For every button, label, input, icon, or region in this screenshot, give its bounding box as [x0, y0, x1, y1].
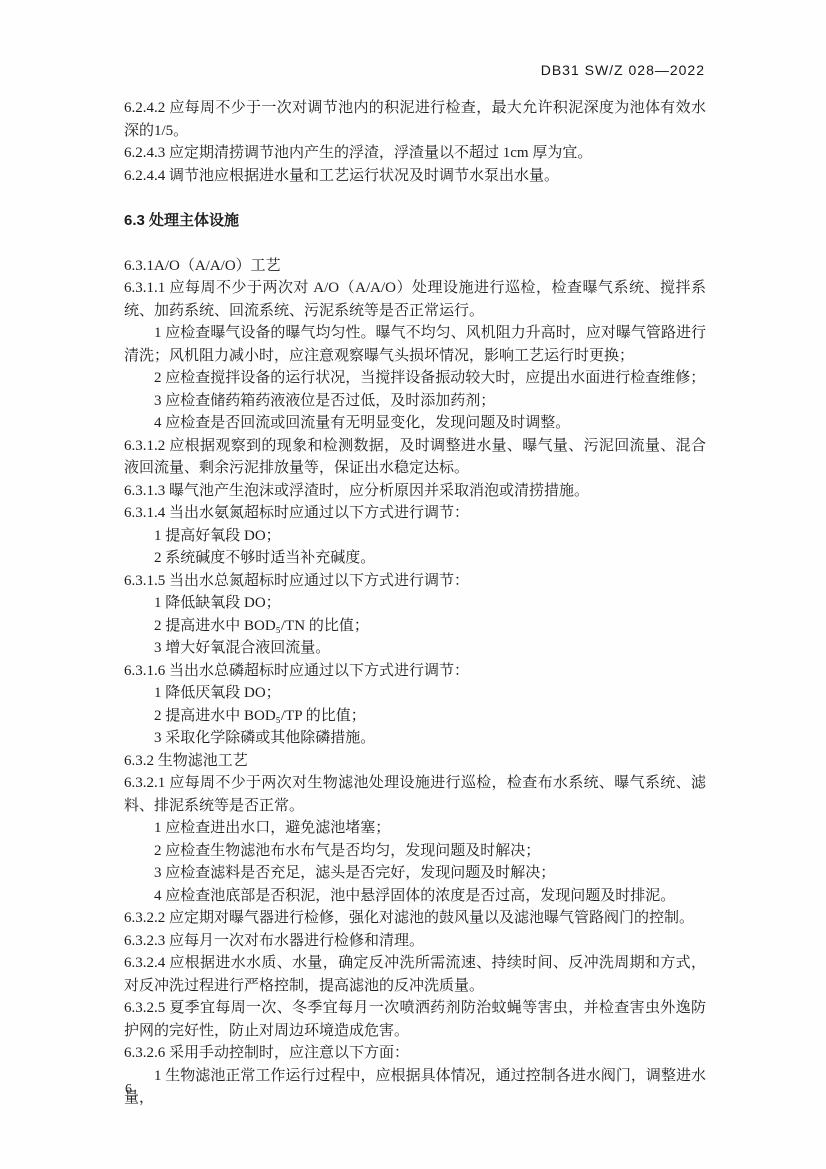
- list-item-paragraph: 1 降低厌氧段 DO；: [124, 682, 706, 705]
- clause-paragraph: 6.3.2.3 应每月一次对布水器进行检修和清理。: [124, 930, 706, 953]
- list-item-paragraph: 1 提高好氧段 DO；: [124, 525, 706, 548]
- list-item-paragraph: 3 应检查滤料是否充足，滤头是否完好，发现问题及时解决；: [124, 862, 706, 885]
- clause-paragraph: 6.2.4.2 应每周不少于一次对调节池内的积泥进行检查，最大允许积泥深度为池体…: [124, 97, 706, 142]
- list-item-paragraph: 3 应检查储药箱药液液位是否过低，及时添加药剂；: [124, 390, 706, 413]
- section-heading: 6.3 处理主体设施: [124, 210, 706, 233]
- list-item-paragraph: 1 应检查进出水口，避免滤池堵塞；: [124, 817, 706, 840]
- list-item-paragraph: 1 降低缺氧段 DO；: [124, 592, 706, 615]
- list-item-paragraph: 2 提高进水中 BOD₅/TN 的比值；: [124, 615, 706, 638]
- document-body: 6.2.4.2 应每周不少于一次对调节池内的积泥进行检查，最大允许积泥深度为池体…: [124, 97, 706, 1110]
- clause-paragraph: 6.3.2.5 夏季宜每周一次、冬季宜每月一次喷洒药剂防治蚊蝇等害虫，并检查害虫…: [124, 997, 706, 1042]
- clause-paragraph: 6.3.1.4 当出水氨氮超标时应通过以下方式进行调节：: [124, 502, 706, 525]
- clause-paragraph: 6.3.1.1 应每周不少于两次对 A/O（A/A/O）处理设施进行巡检，检查曝…: [124, 277, 706, 322]
- list-item-paragraph: 4 应检查是否回流或回流量有无明显变化，发现问题及时调整。: [124, 412, 706, 435]
- clause-paragraph: 6.3.2.2 应定期对曝气器进行检修，强化对滤池的鼓风量以及滤池曝气管路阀门的…: [124, 907, 706, 930]
- list-item-paragraph: 2 系统碱度不够时适当补充碱度。: [124, 547, 706, 570]
- list-item-paragraph: 1 应检查曝气设备的曝气均匀性。曝气不均匀、风机阻力升高时，应对曝气管路进行清洗…: [124, 322, 706, 367]
- list-item-paragraph: 2 应检查生物滤池布水布气是否均匀，发现问题及时解决；: [124, 840, 706, 863]
- subsection-heading: 6.3.2 生物滤池工艺: [124, 750, 706, 773]
- clause-paragraph: 6.3.1.5 当出水总氮超标时应通过以下方式进行调节：: [124, 570, 706, 593]
- standard-number-header: DB31 SW/Z 028—2022: [541, 62, 705, 78]
- clause-paragraph: 6.3.2.4 应根据进水水质、水量，确定反冲洗所需流速、持续时间、反冲洗周期和…: [124, 952, 706, 997]
- clause-paragraph: 6.3.1.6 当出水总磷超标时应通过以下方式进行调节：: [124, 660, 706, 683]
- clause-paragraph: 6.2.4.3 应定期清捞调节池内产生的浮渣，浮渣量以不超过 1cm 厚为宜。: [124, 142, 706, 165]
- page-number: 6: [125, 1082, 132, 1098]
- list-item-paragraph: 2 提高进水中 BOD₅/TP 的比值；: [124, 705, 706, 728]
- list-item-paragraph: 1 生物滤池正常工作运行过程中，应根据具体情况，通过控制各进水阀门，调整进水量，: [124, 1065, 706, 1110]
- list-item-paragraph: 3 采取化学除磷或其他除磷措施。: [124, 727, 706, 750]
- list-item-paragraph: 3 增大好氧混合液回流量。: [124, 637, 706, 660]
- clause-paragraph: 6.3.1.2 应根据观察到的现象和检测数据，及时调整进水量、曝气量、污泥回流量…: [124, 435, 706, 480]
- list-item-paragraph: 2 应检查搅拌设备的运行状况，当搅拌设备振动较大时，应提出水面进行检查维修；: [124, 367, 706, 390]
- clause-paragraph: 6.3.1.3 曝气池产生泡沫或浮渣时，应分析原因并采取消泡或清捞措施。: [124, 480, 706, 503]
- clause-paragraph: 6.2.4.4 调节池应根据进水量和工艺运行状况及时调节水泵出水量。: [124, 165, 706, 188]
- clause-paragraph: 6.3.2.6 采用手动控制时，应注意以下方面：: [124, 1042, 706, 1065]
- subsection-heading: 6.3.1A/O（A/A/O）工艺: [124, 255, 706, 278]
- document-page: DB31 SW/Z 028—2022 6.2.4.2 应每周不少于一次对调节池内…: [0, 0, 826, 1169]
- clause-paragraph: 6.3.2.1 应每周不少于两次对生物滤池处理设施进行巡检，检查布水系统、曝气系…: [124, 772, 706, 817]
- list-item-paragraph: 4 应检查池底部是否积泥，池中悬浮固体的浓度是否过高，发现问题及时排泥。: [124, 885, 706, 908]
